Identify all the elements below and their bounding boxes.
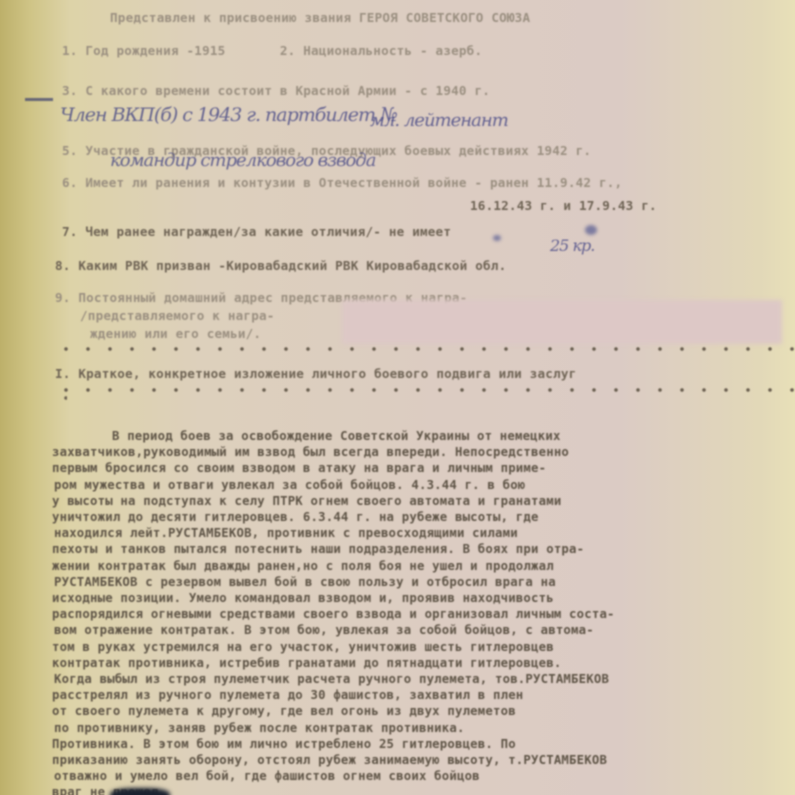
- dotted-separator: [55, 388, 795, 392]
- narrative-line: Противника. В этом бою им лично истребле…: [52, 738, 516, 750]
- narrative-line: Когда выбыл из строя пулеметчик расчета …: [54, 673, 609, 685]
- document-title: Представлен к присвоению звания ГЕРОЯ СО…: [110, 12, 530, 25]
- narrative-line: жении контратак был дважды ранен,но с по…: [52, 560, 554, 572]
- narrative-line: распорядился огневыми средствами своего …: [52, 608, 615, 620]
- ink-blot: [585, 225, 597, 235]
- narrative-line: захватчиков,руководимый им взвод был все…: [52, 446, 569, 458]
- field-wounds: 6. Имеет ли ранения и контузии в Отечест…: [62, 177, 622, 190]
- handwritten-position: командир стрелкового взвода: [110, 150, 375, 171]
- section-heading: I. Краткое, конкретное изложение личного…: [55, 368, 576, 381]
- redacted-address: [342, 300, 782, 344]
- document-sheet: Представлен к присвоению звания ГЕРОЯ СО…: [0, 0, 795, 795]
- field-conscription-office: 8. Каким РВК призван -Кировабадский РВК …: [55, 260, 506, 273]
- narrative-line: от своего пулемета к другому, где вел ог…: [52, 705, 516, 717]
- narrative-line: контратак противника, истребив гранатами…: [52, 657, 561, 669]
- narrative-line: вом отражение контратак. В этом бою, увл…: [54, 624, 594, 636]
- ink-blot: [493, 235, 501, 241]
- dotted-separator-mark: [55, 396, 67, 400]
- photo-edge-object: [110, 788, 170, 795]
- narrative-line: В период боев за освобождение Советской …: [112, 430, 561, 442]
- handwritten-party-line: Член ВКП(б) с 1943 г. партбилет №: [60, 104, 397, 126]
- field-birth-nationality: 1. Год рождения -1915 2. Национальность …: [62, 45, 482, 58]
- narrative-line: первым бросился со своим взводом в атаку…: [52, 462, 546, 474]
- field-home-address-cont2: ждению или его семьи/.: [90, 328, 261, 341]
- narrative-line: исходные позиции. Умело командовал взвод…: [52, 592, 554, 604]
- narrative-line: РУСТАМБЕКОВ с резервом вывел бой в свою …: [54, 576, 556, 588]
- handwritten-mark: 25 кр.: [550, 236, 594, 255]
- narrative-line: находился лейт.РУСТАМБЕКОВ, противник с …: [54, 527, 518, 539]
- narrative-line: том в руках устремился на его участок, у…: [52, 641, 554, 653]
- narrative-line: приказанию занять оборону, отстоял рубеж…: [52, 754, 607, 766]
- dotted-separator: [55, 347, 795, 351]
- margin-mark: [25, 98, 53, 101]
- narrative-line: ром мужества и отваги увлекал за собой б…: [54, 479, 525, 491]
- field-prior-awards: 7. Чем ранее награжден/за какие отличия/…: [62, 226, 451, 239]
- narrative-line: у высоты на подступах к селу ПТРК огнем …: [52, 495, 561, 507]
- handwritten-rank: мл. лейтенант: [370, 110, 508, 131]
- field-wounds-dates: 16.12.43 г. и 17.9.43 г.: [470, 200, 657, 213]
- narrative-line: отважно и умело вел бой, где фашистов ог…: [54, 770, 480, 782]
- narrative-line: расстрелял из ручного пулемета до 30 фаш…: [52, 689, 523, 701]
- field-home-address-cont1: /представляемого к награ-: [80, 310, 275, 323]
- narrative-line: уничтожил до десяти гитлеровцев. 6.3.44 …: [52, 511, 539, 523]
- field-army-since: 3. С какого времени состоит в Красной Ар…: [62, 85, 490, 98]
- narrative-line: по противнику, заняв рубеж после контрат…: [54, 722, 465, 734]
- narrative-line: пехоты и танков пытался потеснить наши п…: [52, 543, 584, 555]
